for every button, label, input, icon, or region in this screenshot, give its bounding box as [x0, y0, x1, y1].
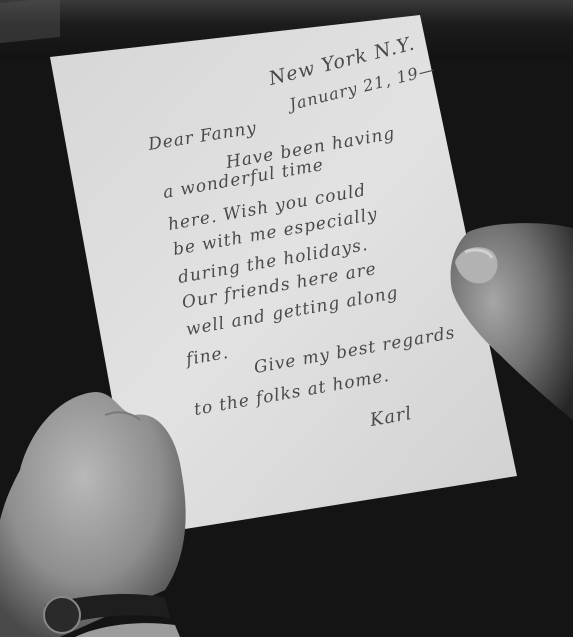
watch-face	[44, 597, 80, 633]
photo-scene: New York N.Y. January 21, 19— Dear Fanny…	[0, 0, 573, 637]
